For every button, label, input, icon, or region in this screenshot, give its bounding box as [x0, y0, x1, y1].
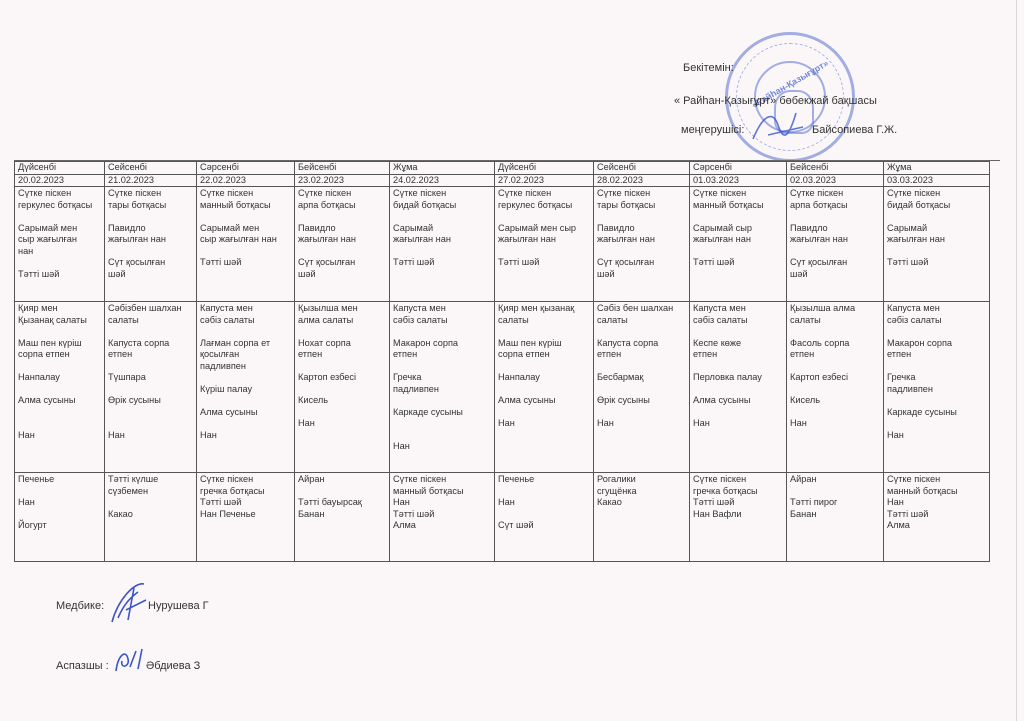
weekday-cell: Бейсенбі: [295, 162, 390, 175]
nurse-signature-icon: [104, 580, 152, 626]
approval-role: меңгерушісі:: [681, 124, 744, 136]
lunch-cell: Қызылша алма салаты Фасоль сорпа етпен К…: [787, 302, 884, 473]
date-cell: 02.03.2023: [787, 174, 884, 187]
approval-name: Байсопиева Г.Ж.: [812, 124, 897, 136]
snack-cell: Айран Тәтті бауырсақ Банан: [295, 473, 390, 562]
approval-title: Бекітемін:: [683, 62, 734, 74]
date-cell: 03.03.2023: [884, 174, 990, 187]
breakfast-cell: Сүтке піскен бидай ботқасы Сарымай жағыл…: [884, 187, 990, 302]
snack-cell: Сүтке піскен гречка ботқасы Тәтті шәй На…: [690, 473, 787, 562]
lunch-cell: Капуста мен сәбіз салаты Лағман сорпа ет…: [197, 302, 295, 473]
lunch-cell: Қияр мен қызанақ салаты Маш пен күріш со…: [495, 302, 594, 473]
nurse-name: Нурушева Г: [148, 600, 209, 612]
date-cell: 01.03.2023: [690, 174, 787, 187]
breakfast-cell: Сүтке піскен геркулес ботқасы Сарымай ме…: [15, 187, 105, 302]
breakfast-cell: Сүтке піскен арпа ботқасы Павидло жағылғ…: [787, 187, 884, 302]
snack-cell: Рогалики сгущёнка Какао: [594, 473, 690, 562]
nurse-label: Медбике:: [56, 600, 104, 612]
date-cell: 24.02.2023: [390, 174, 495, 187]
lunch-cell: Капуста мен сәбіз салаты Макарон сорпа е…: [884, 302, 990, 473]
lunch-row: Қияр мен Қызанақ салаты Маш пен күріш со…: [15, 302, 990, 473]
weekday-header-row: ДүйсенбіСейсенбіСәрсенбіБейсенбіЖұмаДүйс…: [15, 162, 990, 175]
lunch-cell: Сәбіз бен шалхан салаты Капуста сорпа ет…: [594, 302, 690, 473]
snack-cell: Сүтке піскен гречка ботқасы Тәтті шәй На…: [197, 473, 295, 562]
lunch-cell: Қияр мен Қызанақ салаты Маш пен күріш со…: [15, 302, 105, 473]
breakfast-row: Сүтке піскен геркулес ботқасы Сарымай ме…: [15, 187, 990, 302]
cook-name: Әбдиева З: [146, 660, 200, 672]
cook-label: Аспазшы :: [56, 660, 109, 672]
date-cell: 28.02.2023: [594, 174, 690, 187]
breakfast-cell: Сүтке піскен геркулес ботқасы Сарымай ме…: [495, 187, 594, 302]
lunch-cell: Қызылша мен алма салаты Нохат сорпа етпе…: [295, 302, 390, 473]
breakfast-cell: Сүтке піскен манный ботқасы Сарымай сыр …: [690, 187, 787, 302]
weekday-cell: Сейсенбі: [105, 162, 197, 175]
cook-signature-icon: [112, 645, 148, 675]
breakfast-cell: Сүтке піскен тары ботқасы Павидло жағылғ…: [105, 187, 197, 302]
snack-cell: Сүтке піскен манный ботқасы Нан Тәтті шә…: [390, 473, 495, 562]
breakfast-cell: Сүтке піскен арпа ботқасы Павидло жағылғ…: [295, 187, 390, 302]
snack-row: Печенье Нан Йогурт Тәтті күлше сүзбемен …: [15, 473, 990, 562]
date-cell: 27.02.2023: [495, 174, 594, 187]
director-signature-icon: [748, 105, 808, 145]
snack-cell: Айран Тәтті пирог Банан: [787, 473, 884, 562]
weekday-cell: Жұма: [884, 162, 990, 175]
weekday-cell: Бейсенбі: [787, 162, 884, 175]
date-cell: 21.02.2023: [105, 174, 197, 187]
date-cell: 20.02.2023: [15, 174, 105, 187]
weekday-cell: Сәрсенбі: [690, 162, 787, 175]
breakfast-cell: Сүтке піскен манный ботқасы Сарымай мен …: [197, 187, 295, 302]
weekday-cell: Жұма: [390, 162, 495, 175]
snack-cell: Печенье Нан Сүт шәй: [495, 473, 594, 562]
weekday-cell: Дүйсенбі: [15, 162, 105, 175]
weekday-cell: Сейсенбі: [594, 162, 690, 175]
breakfast-cell: Сүтке піскен бидай ботқасы Сарымай жағыл…: [390, 187, 495, 302]
date-header-row: 20.02.202321.02.202322.02.202323.02.2023…: [15, 174, 990, 187]
menu-table: ДүйсенбіСейсенбіСәрсенбіБейсенбіЖұмаДүйс…: [14, 161, 990, 562]
snack-cell: Сүтке піскен манный ботқасы Нан Тәтті шә…: [884, 473, 990, 562]
date-cell: 23.02.2023: [295, 174, 390, 187]
weekday-cell: Дүйсенбі: [495, 162, 594, 175]
snack-cell: Печенье Нан Йогурт: [15, 473, 105, 562]
page-edge: [1016, 0, 1017, 721]
lunch-cell: Капуста мен сәбіз салаты Кеспе көже етпе…: [690, 302, 787, 473]
lunch-cell: Сәбізбен шалхан салаты Капуста сорпа етп…: [105, 302, 197, 473]
weekday-cell: Сәрсенбі: [197, 162, 295, 175]
snack-cell: Тәтті күлше сүзбемен Какао: [105, 473, 197, 562]
lunch-cell: Капуста мен сәбіз салаты Макарон сорпа е…: [390, 302, 495, 473]
breakfast-cell: Сүтке піскен тары ботқасы Павидло жағылғ…: [594, 187, 690, 302]
date-cell: 22.02.2023: [197, 174, 295, 187]
